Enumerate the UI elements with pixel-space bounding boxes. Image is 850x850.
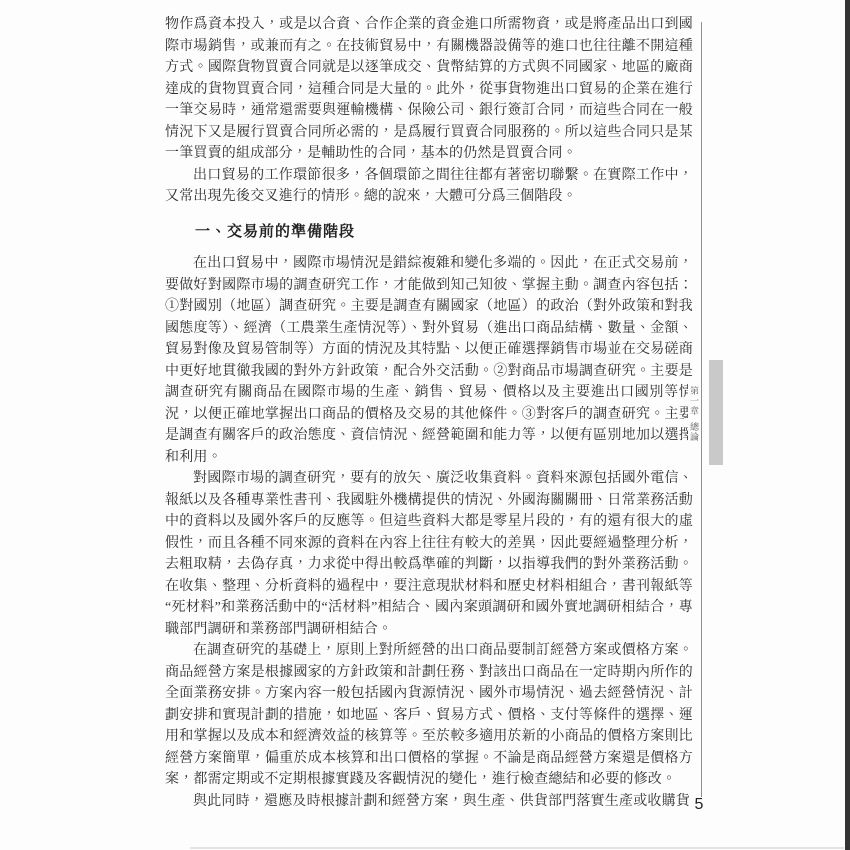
page-number: 5 — [684, 796, 714, 814]
scan-edge-strip — [845, 0, 850, 850]
body-paragraph: 物作爲資本投入，或是以合資、合作企業的資金進口所需物資，或是將產品出口到國際市場… — [165, 14, 693, 165]
section-heading: 一、交易前的準備階段 — [165, 221, 693, 243]
book-page: 物作爲資本投入，或是以合資、合作企業的資金進口所需物資，或是將產品出口到國際市場… — [0, 0, 850, 850]
body-paragraph: 出口貿易的工作環節很多，各個環節之間往往都有著密切聯繫。在實際工作中，又常出現先… — [165, 165, 693, 208]
thumb-index-tab — [709, 360, 723, 465]
chapter-tab-label: 第一章總論 — [688, 384, 700, 444]
body-paragraph: 對國際市場的調查研究，要有的放矢、廣泛收集資料。資料來源包括國外電信、報紙以及各… — [165, 468, 693, 640]
margin-rule — [701, 22, 702, 797]
body-paragraph: 在出口貿易中，國際市場情況是錯綜複雜和變化多端的。因此，在正式交易前，要做好對國… — [165, 253, 693, 468]
text-column: 物作爲資本投入，或是以合資、合作企業的資金進口所需物資，或是將產品出口到國際市場… — [165, 14, 693, 812]
body-paragraph: 在調查研究的基礎上，原則上對所經營的出口商品要制訂經營方案或價格方案。商品經營方… — [165, 640, 693, 791]
chapter-tab-label-part2: 總論 — [688, 422, 700, 442]
scan-smudge — [190, 847, 844, 849]
chapter-tab-label-part1: 第一章 — [689, 386, 699, 416]
body-paragraph: 與此同時，還應及時根據計劃和經營方案，與生產、供貨部門落實生產或收購貨 — [165, 791, 693, 813]
